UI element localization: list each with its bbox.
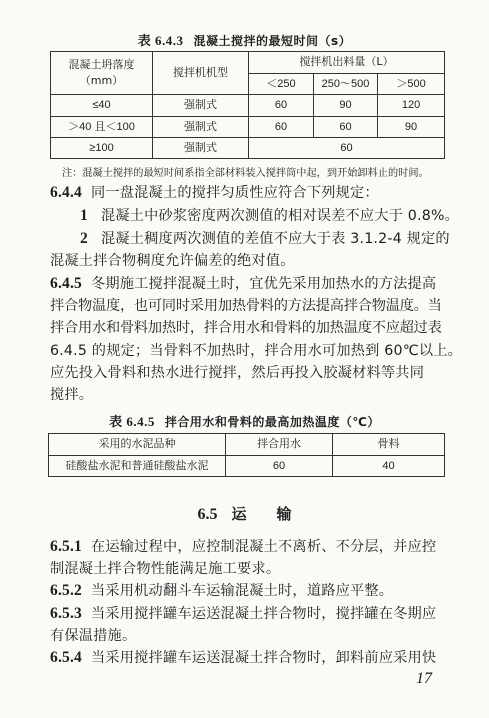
clause-line: 搅拌。 bbox=[50, 384, 445, 406]
table-6-4-3-caption: 表 6.4.3混凝土搅拌的最短时间（s） bbox=[0, 30, 489, 49]
clause-line: 有保温措施。 bbox=[50, 625, 445, 647]
header-lt250: ＜250 bbox=[249, 74, 314, 95]
table-caption-number: 表 6.4.3 bbox=[138, 33, 184, 48]
section-heading-6-5: 6.5运输 bbox=[0, 503, 489, 524]
clause-6-5-1: 6.5.1在运输过程中，应控制混凝土不离析、不分层，并应控 bbox=[50, 536, 445, 558]
table-row: ≥100 强制式 60 bbox=[51, 138, 445, 159]
table-row: ≤40 强制式 60 90 120 bbox=[51, 95, 445, 117]
clause-number: 6.5.2 bbox=[50, 580, 82, 602]
table-caption-number: 表 6.4.5 bbox=[109, 414, 155, 429]
table-6-4-5: 采用的水泥品种 拌合用水 骨料 硅酸盐水泥和普通硅酸盐水泥 60 40 bbox=[48, 433, 445, 477]
clause-line: 拌合用水和骨料加热时，拌合用水和骨料的加热温度不应超过表 bbox=[50, 317, 445, 339]
clause-line: 拌合物温度，也可同时采用加热骨料的方法提高拌合物温度。当 bbox=[50, 295, 445, 317]
clause-6-5-2: 6.5.2当采用机动翻斗车运输混凝土时，道路应平整。 bbox=[50, 580, 445, 602]
clause-item-1: 1混凝土中砂浆密度两次测值的相对误差不应大于 0.8%。 bbox=[80, 205, 475, 227]
table-6-4-3: 混凝土坍落度 （mm） 搅拌机机型 搅拌机出料量（L） ＜250 250～500… bbox=[50, 51, 445, 159]
header-250-500: 250～500 bbox=[314, 74, 378, 95]
clause-6-5-3: 6.5.3当采用搅拌罐车运送混凝土拌合物时，搅拌罐在冬期应 bbox=[50, 603, 445, 625]
table-note: 注：混凝土搅拌的最短时间系指全部材料装入搅拌筒中起，到开始卸料止的时间。 bbox=[62, 164, 452, 179]
clause-line: 6.4.5 的规定；当骨料不加热时，拌合用水可加热到 60℃以上。 bbox=[50, 340, 445, 362]
clause-6-4-5: 6.4.5冬期施工搅拌混凝土时，宜优先采用加热水的方法提高 bbox=[50, 273, 445, 295]
header-output-group: 搅拌机出料量（L） bbox=[249, 52, 445, 74]
page-number: 17 bbox=[416, 670, 432, 688]
clause-number: 6.5.4 bbox=[50, 647, 82, 669]
header-aggregate: 骨料 bbox=[333, 434, 445, 456]
header-mixing-water: 拌合用水 bbox=[226, 434, 333, 456]
table-row: ＞40 且＜100 强制式 60 60 90 bbox=[51, 117, 445, 138]
clause-line: 应先投入骨料和热水进行搅拌，然后再投入胶凝材料等共同 bbox=[50, 362, 445, 384]
clause-number: 6.4.4 bbox=[50, 182, 82, 204]
clause-number: 6.4.5 bbox=[50, 273, 82, 295]
table-6-4-5-caption: 表 6.4.5拌合用水和骨料的最高加热温度（℃） bbox=[0, 411, 489, 430]
table-row: 硅酸盐水泥和普通硅酸盐水泥 60 40 bbox=[49, 456, 445, 477]
header-cement-type: 采用的水泥品种 bbox=[49, 434, 226, 456]
header-gt500: ＞500 bbox=[378, 74, 445, 95]
clause-item-2-cont: 混凝土拌合物稠度允许偏差的绝对值。 bbox=[50, 250, 445, 272]
clause-number: 6.5.3 bbox=[50, 603, 82, 625]
clause-line: 制混凝土拌合物性能满足施工要求。 bbox=[50, 558, 445, 580]
clause-6-4-4: 6.4.4同一盘混凝土的搅拌匀质性应符合下列规定： bbox=[50, 182, 445, 204]
clause-6-5-4: 6.5.4当采用搅拌罐车运送混凝土拌合物时，卸料前应采用快 bbox=[50, 647, 445, 669]
header-slump: 混凝土坍落度 （mm） bbox=[51, 52, 153, 95]
table-caption-title: 拌合用水和骨料的最高加热温度（℃） bbox=[165, 415, 380, 429]
header-mixer-type: 搅拌机机型 bbox=[153, 52, 249, 95]
clause-number: 6.5.1 bbox=[50, 536, 82, 558]
clause-item-2: 2混凝土稠度两次测值的差值不应大于表 3.1.2-4 规定的 bbox=[80, 228, 475, 250]
table-caption-title: 混凝土搅拌的最短时间（s） bbox=[194, 34, 352, 48]
